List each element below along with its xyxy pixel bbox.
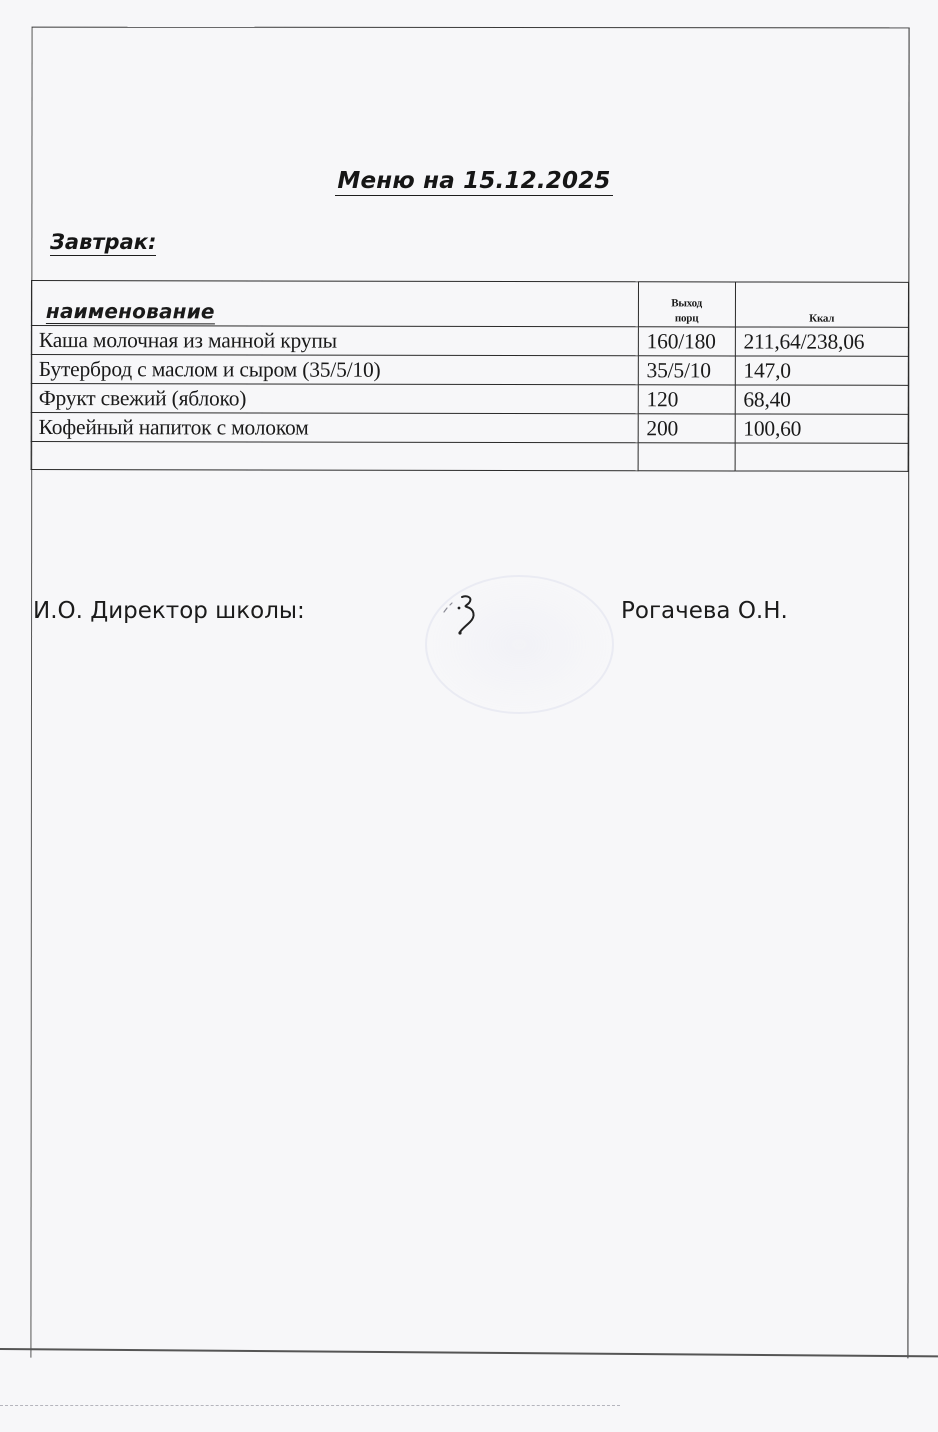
table-row: Кофейный напиток с молоком 200 100,60 [31, 413, 908, 444]
header-yield-line1: Выход [671, 297, 702, 309]
cell-yield: 160/180 [638, 327, 735, 356]
header-name-text: наименование [46, 299, 215, 324]
menu-table: наименование Выходпорц Ккал Каша молочна… [31, 280, 909, 472]
header-yield: Выходпорц [638, 282, 735, 327]
signatory-title: И.О. Директор школы: [33, 598, 305, 624]
table-header-row: наименование Выходпорц Ккал [31, 281, 908, 328]
cell-yield: 35/5/10 [638, 356, 735, 385]
cell-kcal: 147,0 [735, 356, 908, 385]
scan-edge-artifact [0, 1405, 620, 1406]
cell-kcal: 68,40 [735, 385, 908, 414]
cell-name: Кофейный напиток с молоком [31, 413, 638, 443]
cell-name: Фрукт свежий (яблоко) [31, 384, 638, 414]
section-heading-breakfast: Завтрак: [50, 230, 156, 254]
cell-name: Каша молочная из манной крупы [31, 326, 638, 356]
table-row: Фрукт свежий (яблоко) 120 68,40 [31, 384, 908, 415]
header-yield-line2: порц [675, 312, 699, 324]
cell-kcal [735, 443, 908, 471]
document-title-text: Меню на 15.12.2025 [335, 168, 612, 196]
handwritten-signature-icon [438, 590, 488, 638]
table-row: Каша молочная из манной крупы 160/180 21… [31, 326, 908, 357]
cell-kcal: 211,64/238,06 [735, 327, 908, 356]
table-row-empty [31, 442, 908, 472]
table-row: Бутерброд с маслом и сыром (35/5/10) 35/… [31, 355, 908, 386]
section-heading-text: Завтрак: [50, 230, 156, 256]
cell-name: Бутерброд с маслом и сыром (35/5/10) [31, 355, 638, 385]
cell-yield [638, 443, 735, 471]
signatory-name: Рогачева О.Н. [621, 598, 788, 624]
cell-yield: 200 [638, 414, 735, 443]
cell-name [31, 442, 638, 471]
header-kcal: Ккал [735, 282, 908, 327]
document-title: Меню на 15.12.2025 [0, 168, 938, 194]
cell-yield: 120 [638, 385, 735, 414]
header-name: наименование [31, 281, 638, 327]
cell-kcal: 100,60 [735, 414, 908, 443]
